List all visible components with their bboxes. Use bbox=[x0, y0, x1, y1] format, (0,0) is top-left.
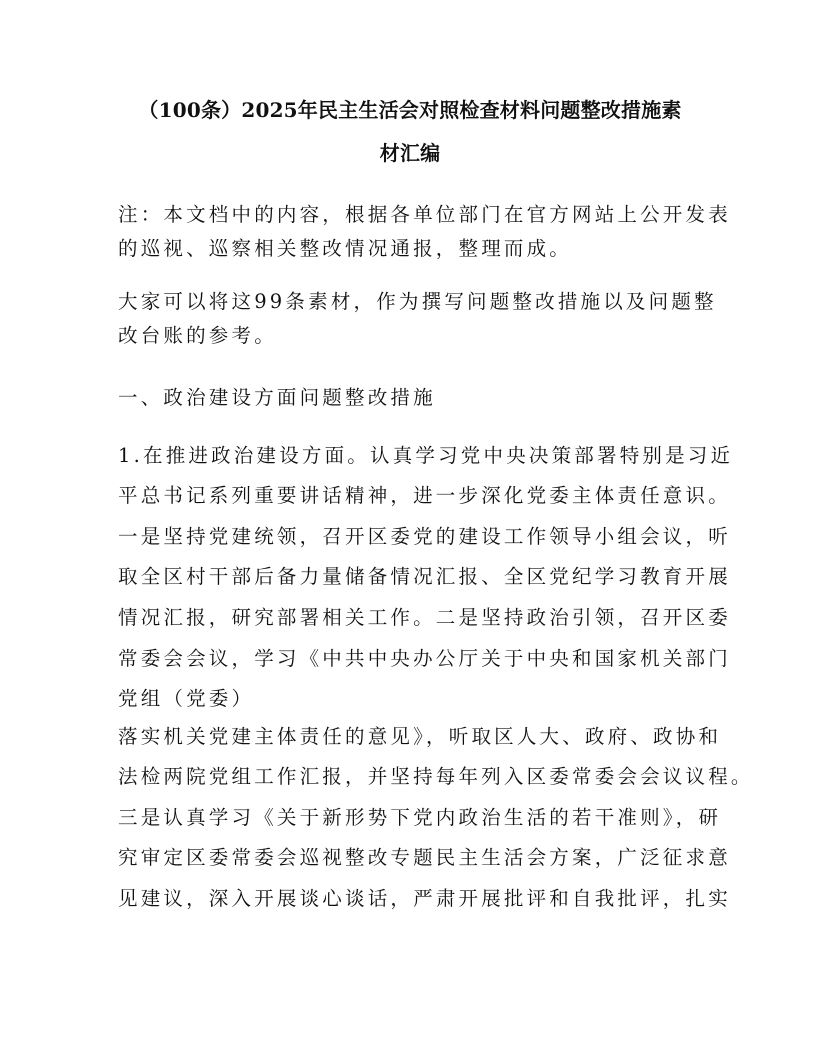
item-1-line-5: 情况汇报，研究部署相关工作。二是坚持政治引领，召开区委 bbox=[118, 603, 731, 633]
section-heading: 一、政治建设方面问题整改措施 bbox=[118, 383, 436, 413]
item-1-line-7: 党组（党委） bbox=[118, 684, 254, 714]
usage-line-1: 大家可以将这99条素材，作为撰写问题整改措施以及问题整 bbox=[118, 287, 717, 317]
document-title-line-1: （100条）2025年民主生活会对照检查材料问题整改措施素 bbox=[100, 90, 720, 130]
document-title-line-2: 材汇编 bbox=[100, 133, 720, 173]
item-1-line-9: 法检两院党组工作汇报，并坚持每年列入区委常委会会议议程。 bbox=[118, 762, 754, 792]
item-1-line-11: 究审定区委常委会巡视整改专题民主生活会方案，广泛征求意 bbox=[118, 843, 731, 873]
note-line-2: 的巡视、巡察相关整改情况通报，整理而成。 bbox=[118, 234, 572, 264]
item-1-line-10: 三是认真学习《关于新形势下党内政治生活的若干准则》，研 bbox=[118, 803, 721, 833]
item-1-line-4: 取全区村干部后备力量储备情况汇报、全区党纪学习教育开展 bbox=[118, 562, 731, 592]
item-1-line-2: 平总书记系列重要讲话精神，进一步深化党委主体责任意识。 bbox=[118, 481, 731, 511]
note-line-1: 注：本文档中的内容，根据各单位部门在官方网站上公开发表 bbox=[118, 200, 731, 230]
item-1-line-1: 1.在推进政治建设方面。认真学习党中央决策部署特别是习近 bbox=[118, 441, 733, 471]
item-1-line-6: 常委会会议，学习《中共中央办公厅关于中央和国家机关部门 bbox=[118, 644, 731, 674]
usage-line-2: 改台账的参考。 bbox=[118, 321, 277, 351]
item-1-line-8: 落实机关党建主体责任的意见》，听取区人大、政府、政协和 bbox=[118, 722, 721, 752]
item-1-line-12: 见建议，深入开展谈心谈话，严肃开展批评和自我批评，扎实 bbox=[118, 884, 731, 914]
item-1-line-3: 一是坚持党建统领，召开区委党的建设工作领导小组会议，听 bbox=[118, 522, 731, 552]
